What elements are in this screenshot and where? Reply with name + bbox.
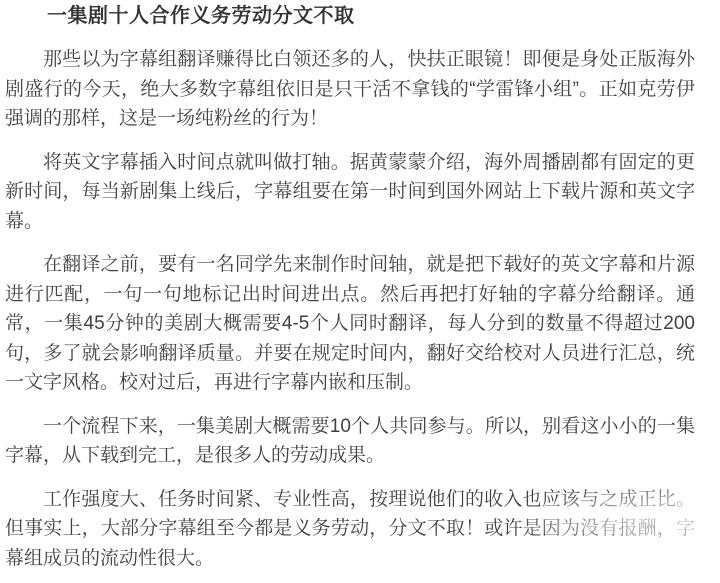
paragraph-4: 一个流程下来，一集美剧大概需要10个人共同参与。所以，别看这小小的一集字幕，从下… (5, 412, 695, 471)
article-title: 一集剧十人合作义务劳动分文不取 (5, 1, 695, 31)
paragraph-3: 在翻译之前，要有一名同学先来制作时间轴，就是把下载好的英文字幕和片源进行匹配，一… (5, 250, 695, 398)
paragraph-1: 那些以为字幕组翻译赚得比白领还多的人，快扶正眼镜！即便是身处正版海外剧盛行的今天… (5, 45, 695, 134)
article: 一集剧十人合作义务劳动分文不取 那些以为字幕组翻译赚得比白领还多的人，快扶正眼镜… (0, 0, 720, 573)
paragraph-5: 工作强度大、任务时间紧、专业性高，按理说他们的收入也应该与之成正比。但事实上，大… (5, 485, 695, 574)
paragraph-2: 将英文字幕插入时间点就叫做打轴。据黄蒙蒙介绍，海外周播剧都有固定的更新时间，每当… (5, 148, 695, 237)
